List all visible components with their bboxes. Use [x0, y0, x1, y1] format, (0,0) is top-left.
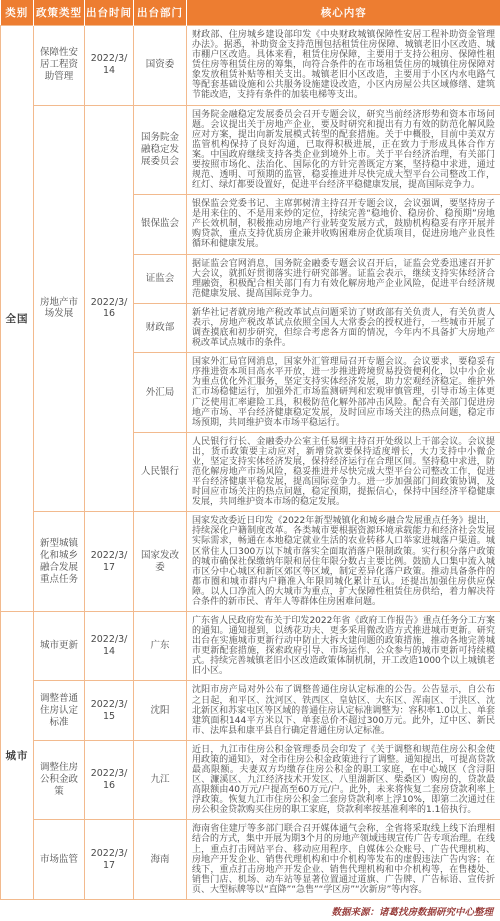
- content-cell: 国务院金融稳定发展委员会召开专题会议，研究当前经济形势和资本市场问题。会议提出关…: [187, 105, 500, 195]
- data-source-note: 数据来源：诸葛找房数据研究中心整理: [0, 900, 500, 921]
- content-cell: 海南省住建厅等多部门联合召开媒体通气会称，全省将采取线上线下治理相结合的方式，集…: [187, 820, 500, 900]
- table-row: 全国 保障性安居工程资助管理 2022/3/14 国资委 财政部、住房城乡建设部…: [1, 26, 500, 106]
- content-cell: 国家发改委近日印发《2022年新型城镇化和城乡融合发展重点任务》提出，持续深化户…: [187, 512, 500, 612]
- header-category: 类别: [1, 0, 34, 26]
- policy-table: 类别 政策类型 出台时间 出台部门 核心内容 全国 保障性安居工程资助管理 20…: [0, 0, 500, 900]
- category-cell-national: 全国: [1, 26, 34, 612]
- department-cell: 国家发改委: [134, 512, 187, 612]
- department-cell: 海南: [134, 820, 187, 900]
- date-cell: 2022/3/16: [85, 740, 134, 820]
- content-cell: 银保监会党委书记、主席郭树清主持召开专题会议，会议强调，要坚持房子是用来住的、不…: [187, 195, 500, 254]
- date-cell: 2022/3/14: [85, 611, 134, 680]
- content-cell: 人民银行行长、金融委办公室主任易纲主持召开处级以上干部会议。会议提出，货币政策要…: [187, 432, 500, 512]
- date-cell: 2022/3/16: [85, 105, 134, 512]
- table-header-row: 类别 政策类型 出台时间 出台部门 核心内容: [1, 0, 500, 26]
- content-cell: 广东省人民政府发布关于印发2022年省《政府工作报告》重点任务分工方案的通知。通…: [187, 611, 500, 680]
- date-cell: 2022/3/14: [85, 26, 134, 106]
- header-department: 出台部门: [134, 0, 187, 26]
- category-cell-city: 城市: [1, 611, 34, 899]
- date-cell: 2022/3/17: [85, 820, 134, 900]
- content-cell: 财政部、住房城乡建设部印发《中央财政城镇保障性安居工程补助资金管理办法》。据悉，…: [187, 26, 500, 106]
- department-cell: 证监会: [134, 254, 187, 303]
- department-cell: 九江: [134, 740, 187, 820]
- content-cell: 据证监会官网消息，国务院金融委专题会议召开后，证监会党委迅速召开扩大会议，就抓好…: [187, 254, 500, 303]
- policy-type-cell: 保障性安居工程资助管理: [34, 26, 85, 106]
- department-cell: 人民银行: [134, 432, 187, 512]
- content-cell: 近日，九江市住房公积金管理委员会印发了《关于调整和规范住房公积金使用政策的通知》…: [187, 740, 500, 820]
- policy-type-cell: 城市更新: [34, 611, 85, 680]
- header-date: 出台时间: [85, 0, 134, 26]
- table-row: 房地产市场发展 2022/3/16 国务院金融稳定发展委员会 国务院金融稳定发展…: [1, 105, 500, 195]
- header-policy-type: 政策类型: [34, 0, 85, 26]
- content-cell: 沈阳市房产局对外公布了调整普通住房认定标准的公告。公告显示，自公布之日起，和平区…: [187, 681, 500, 740]
- department-cell: 财政部: [134, 303, 187, 352]
- content-cell: 国家外汇局官网消息，国家外汇管理局召开专题会议。会议要求，要稳妥有序推进资本项目…: [187, 353, 500, 433]
- table-row: 新型城镇化和城乡融合发展重点任务 2022/3/17 国家发改委 国家发改委近日…: [1, 512, 500, 612]
- policy-type-cell: 调整住房公积金政策: [34, 740, 85, 820]
- department-cell: 国资委: [134, 26, 187, 106]
- date-cell: 2022/3/17: [85, 512, 134, 612]
- table-row: 市场监管 2022/3/17 海南 海南省住建厅等多部门联合召开媒体通气会称，全…: [1, 820, 500, 900]
- date-cell: 2022/3/15: [85, 681, 134, 740]
- department-cell: 广东: [134, 611, 187, 680]
- department-cell: 银保监会: [134, 195, 187, 254]
- department-cell: 外汇局: [134, 353, 187, 433]
- table-row: 调整普通住房认定标准 2022/3/15 沈阳 沈阳市房产局对外公布了调整普通住…: [1, 681, 500, 740]
- content-cell: 新华社记者就房地产税改革试点问题采访了财政部有关负责人，有关负责人表示，房地产税…: [187, 303, 500, 352]
- table-row: 城市 城市更新 2022/3/14 广东 广东省人民政府发布关于印发2022年省…: [1, 611, 500, 680]
- policy-type-cell: 新型城镇化和城乡融合发展重点任务: [34, 512, 85, 612]
- policy-type-cell: 市场监管: [34, 820, 85, 900]
- header-core-content: 核心内容: [187, 0, 500, 26]
- department-cell: 国务院金融稳定发展委员会: [134, 105, 187, 195]
- table-row: 调整住房公积金政策 2022/3/16 九江 近日，九江市住房公积金管理委员会印…: [1, 740, 500, 820]
- department-cell: 沈阳: [134, 681, 187, 740]
- policy-type-cell: 房地产市场发展: [34, 105, 85, 512]
- policy-type-cell: 调整普通住房认定标准: [34, 681, 85, 740]
